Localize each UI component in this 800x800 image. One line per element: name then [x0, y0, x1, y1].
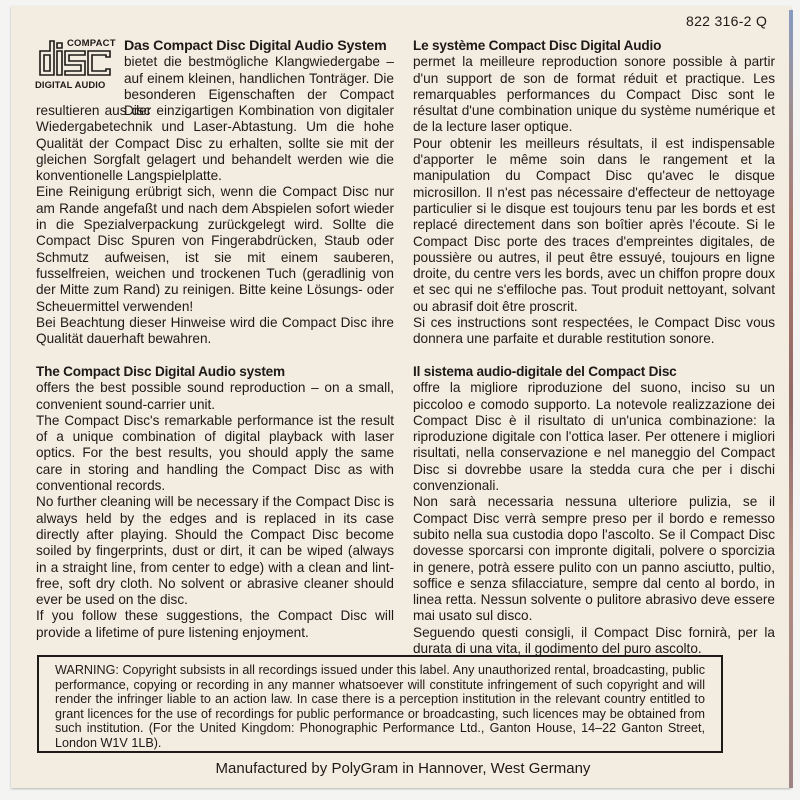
french-heading: Le système Compact Disc Digital Audio	[413, 38, 775, 54]
manufacturer-footer: Manufactured by PolyGram in Hannover, We…	[0, 760, 790, 777]
english-paragraph: If you follow these suggestions, the Com…	[36, 608, 394, 641]
copyright-warning-box: WARNING: Copyright subsists in all recor…	[37, 655, 723, 753]
manufacturer-text: Manufactured by PolyGram in Hannover, We…	[216, 760, 591, 777]
booklet-edge	[789, 10, 793, 788]
italian-paragraph: offre la migliore riproduzione del suono…	[413, 380, 775, 494]
german-heading: Das Compact Disc Digital Audio System	[124, 38, 394, 54]
german-paragraph: Bei Beachtung dieser Hinweise wird die C…	[36, 315, 394, 348]
compact-disc-logo: COMPACT DIGITAL AUDIO	[35, 38, 119, 91]
french-section: Le système Compact Disc Digital Audio pe…	[413, 38, 775, 348]
french-paragraph: permet la meilleure reproduction sonore …	[413, 54, 775, 135]
german-paragraph: Eine Reinigung erübrigt sich, wenn die C…	[36, 184, 394, 314]
italian-paragraph: Seguendo questi consigli, il Compact Dis…	[413, 625, 775, 658]
copyright-warning-text: WARNING: Copyright subsists in all recor…	[55, 663, 705, 751]
english-paragraph: The Compact Disc's remarkable performanc…	[36, 413, 394, 494]
french-paragraph: Si ces instructions sont respectées, le …	[413, 315, 775, 348]
german-paragraph: resultieren aus der einzigartigen Kombin…	[36, 103, 394, 184]
german-section-body: resultieren aus der einzigartigen Kombin…	[36, 103, 394, 347]
italian-paragraph: Non sarà necessaria nessuna ulteriore pu…	[413, 494, 775, 624]
italian-section: Il sistema audio-digitale del Compact Di…	[413, 364, 775, 657]
disc-logo-icon	[38, 39, 118, 79]
catalog-number: 822 316-2 Q	[686, 13, 767, 29]
logo-bottom-text: DIGITAL AUDIO	[35, 79, 105, 90]
english-paragraph: No further cleaning will be necessary if…	[36, 494, 394, 608]
french-paragraph: Pour obtenir les meilleurs résultats, il…	[413, 136, 775, 315]
english-paragraph: offers the best possible sound reproduct…	[36, 380, 394, 413]
english-section: The Compact Disc Digital Audio system of…	[36, 364, 394, 641]
english-heading: The Compact Disc Digital Audio system	[36, 364, 394, 380]
italian-heading: Il sistema audio-digitale del Compact Di…	[413, 364, 775, 380]
